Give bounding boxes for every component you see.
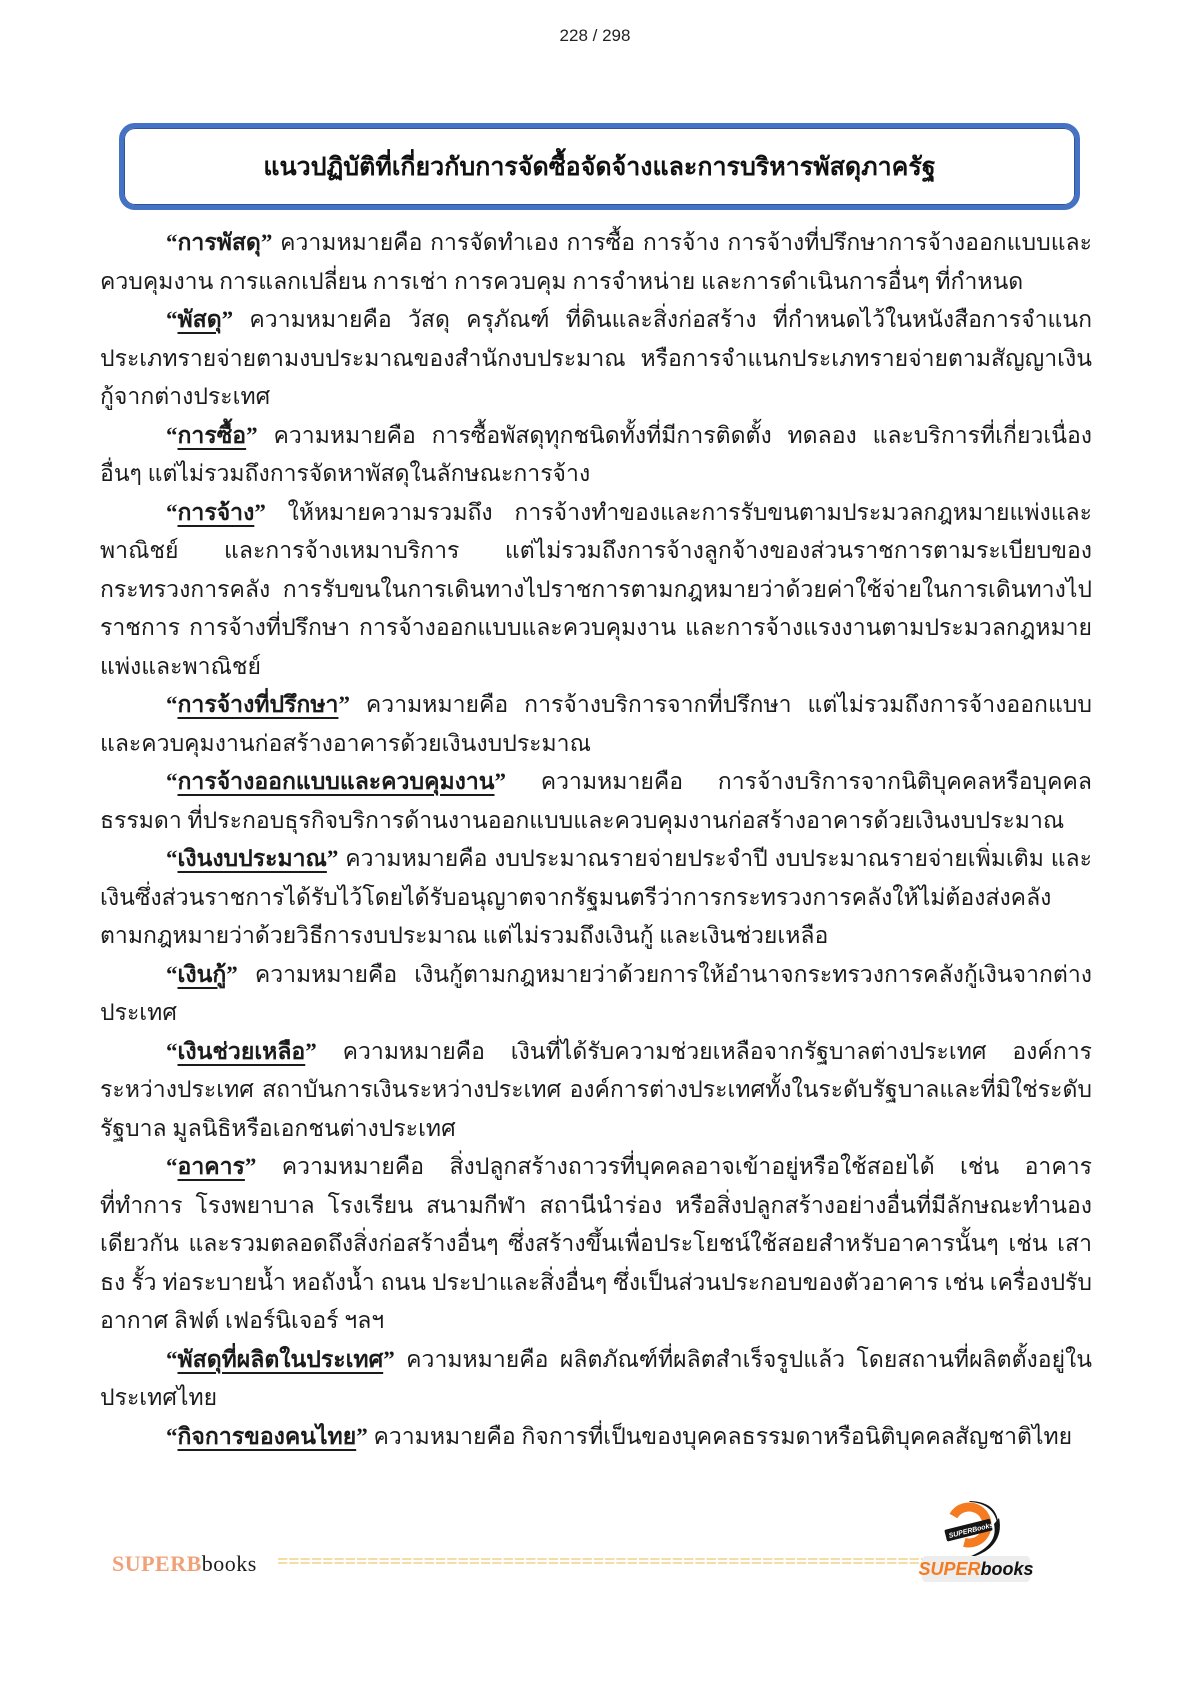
definition-paragraph: “พัสดุที่ผลิตในประเทศ” ความหมายคือ ผลิตภ… (100, 1341, 1092, 1418)
definition-term: พัสดุที่ผลิตในประเทศ (178, 1347, 384, 1372)
footer-brand-books: books (202, 1551, 257, 1576)
logo-wordmark: SUPERbooks (922, 1556, 1030, 1582)
definition-term: การจ้างที่ปรึกษา (178, 692, 339, 717)
close-quote: ” (494, 769, 506, 794)
footer-brand-left: SUPERBbooks (112, 1551, 257, 1579)
definition-term: กิจการของคนไทย (178, 1424, 357, 1449)
close-quote: ” (338, 692, 350, 717)
definition-term: การจ้าง (178, 500, 255, 525)
page-number: 228 / 298 (0, 26, 1190, 46)
definition-paragraph: “อาคาร” ความหมายคือ สิ่งปลูกสร้างถาวรที่… (100, 1148, 1092, 1341)
definition-text: ความหมายคือ เงินกู้ตามกฎหมายว่าด้วยการให… (100, 962, 1092, 1026)
definition-term: การพัสดุ (178, 230, 261, 255)
close-quote: ” (226, 962, 238, 987)
open-quote: “ (166, 1347, 178, 1372)
definition-term: เงินงบประมาณ (178, 846, 327, 871)
definition-paragraph: “การจ้าง” ให้หมายความรวมถึง การจ้างทำของ… (100, 494, 1092, 687)
close-quote: ” (254, 500, 266, 525)
close-quote: ” (305, 1039, 317, 1064)
open-quote: “ (166, 846, 178, 871)
definition-paragraph: “กิจการของคนไทย” ความหมายคือ กิจการที่เป… (100, 1418, 1092, 1457)
open-quote: “ (166, 1039, 178, 1064)
definition-term: การซื้อ (178, 423, 247, 448)
open-quote: “ (166, 692, 178, 717)
definition-term: เงินช่วยเหลือ (178, 1039, 306, 1064)
open-quote: “ (166, 423, 178, 448)
definition-paragraph: “การจ้างที่ปรึกษา” ความหมายคือ การจ้างบร… (100, 686, 1092, 763)
definition-text: ให้หมายความรวมถึง การจ้างทำของและการรับข… (100, 500, 1092, 679)
definition-text: ความหมายคือ วัสดุ ครุภัณฑ์ ที่ดินและสิ่ง… (100, 307, 1092, 409)
close-quote: ” (246, 423, 258, 448)
page-title: แนวปฏิบัติที่เกี่ยวกับการจัดซื้อจัดจ้างแ… (263, 147, 935, 187)
definition-text: ความหมายคือ สิ่งปลูกสร้างถาวรที่บุคคลอาจ… (100, 1154, 1092, 1333)
open-quote: “ (166, 500, 178, 525)
superbbooks-logo: SUPERBooks SUPERbooks (920, 1478, 1036, 1588)
definition-term: พัสดุ (178, 307, 222, 332)
open-quote: “ (166, 962, 178, 987)
open-quote: “ (166, 307, 178, 332)
definition-term: เงินกู้ (178, 962, 227, 987)
open-quote: “ (166, 230, 178, 255)
close-quote: ” (222, 307, 234, 332)
definition-paragraph: “การซื้อ” ความหมายคือ การซื้อพัสดุทุกชนิ… (100, 417, 1092, 494)
close-quote: ” (356, 1424, 368, 1449)
footer-separator: ========================================… (277, 1551, 929, 1577)
logo-wordmark-books: books (981, 1559, 1034, 1580)
definition-paragraph: “พัสดุ” ความหมายคือ วัสดุ ครุภัณฑ์ ที่ดิ… (100, 301, 1092, 417)
open-quote: “ (166, 1424, 178, 1449)
definition-term: อาคาร (178, 1154, 245, 1179)
close-quote: ” (245, 1154, 257, 1179)
close-quote: ” (261, 230, 273, 255)
definition-paragraph: “เงินช่วยเหลือ” ความหมายคือ เงินที่ได้รั… (100, 1033, 1092, 1149)
close-quote: ” (327, 846, 339, 871)
open-quote: “ (166, 1154, 178, 1179)
swoosh-logo-icon: SUPERBooks (942, 1500, 1008, 1560)
definition-paragraph: “เงินงบประมาณ” ความหมายคือ งบประมาณรายจ่… (100, 840, 1092, 956)
definition-paragraph: “การพัสดุ” ความหมายคือ การจัดทำเอง การซื… (100, 224, 1092, 301)
definition-paragraph: “เงินกู้” ความหมายคือ เงินกู้ตามกฎหมายว่… (100, 956, 1092, 1033)
footer-brand-superb: SUPERB (112, 1551, 202, 1576)
title-box: แนวปฏิบัติที่เกี่ยวกับการจัดซื้อจัดจ้างแ… (119, 123, 1080, 210)
open-quote: “ (166, 769, 178, 794)
document-body: “การพัสดุ” ความหมายคือ การจัดทำเอง การซื… (100, 224, 1092, 1456)
close-quote: ” (383, 1347, 395, 1372)
logo-wordmark-super: SUPER (918, 1559, 980, 1580)
definition-paragraph: “การจ้างออกแบบและควบคุมงาน” ความหมายคือ … (100, 763, 1092, 840)
definition-text: ความหมายคือ กิจการที่เป็นของบุคคลธรรมดาห… (368, 1424, 1072, 1449)
definition-term: การจ้างออกแบบและควบคุมงาน (178, 769, 495, 794)
